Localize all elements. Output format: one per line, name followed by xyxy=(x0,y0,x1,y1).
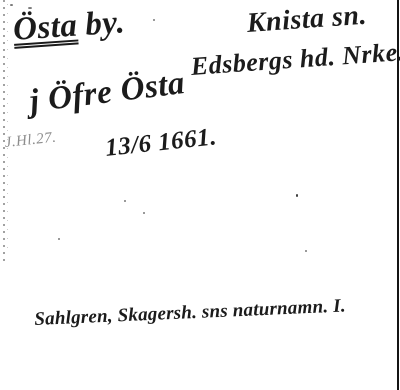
scan-speck xyxy=(28,7,32,9)
scan-speck xyxy=(305,250,307,252)
archivist-annotation: J.Hl.27. xyxy=(4,131,57,151)
scan-speck xyxy=(124,200,126,202)
left-perforated-edge-faint xyxy=(7,4,8,254)
place-name: Östa xyxy=(12,8,79,48)
scan-speck xyxy=(296,194,298,197)
entry-date: 13/6 1661. xyxy=(104,124,218,161)
scan-speck xyxy=(153,19,155,21)
district-name: Edsbergs hd. Nrke. xyxy=(190,39,400,80)
parish-name: Knista sn. xyxy=(246,2,368,38)
left-perforated-edge xyxy=(3,0,5,265)
place-title: Östaby. xyxy=(12,6,126,47)
entry-text: j Öfre Östa xyxy=(28,67,187,119)
archive-card: Östaby. Knista sn. Edsbergs hd. Nrke. j … xyxy=(0,0,400,390)
scan-speck xyxy=(143,212,145,214)
scan-speck xyxy=(10,4,13,6)
place-type: by. xyxy=(84,4,126,43)
scan-speck xyxy=(58,238,60,240)
source-citation: Sahlgren, Skagersh. sns naturnamn. I. xyxy=(34,296,346,329)
